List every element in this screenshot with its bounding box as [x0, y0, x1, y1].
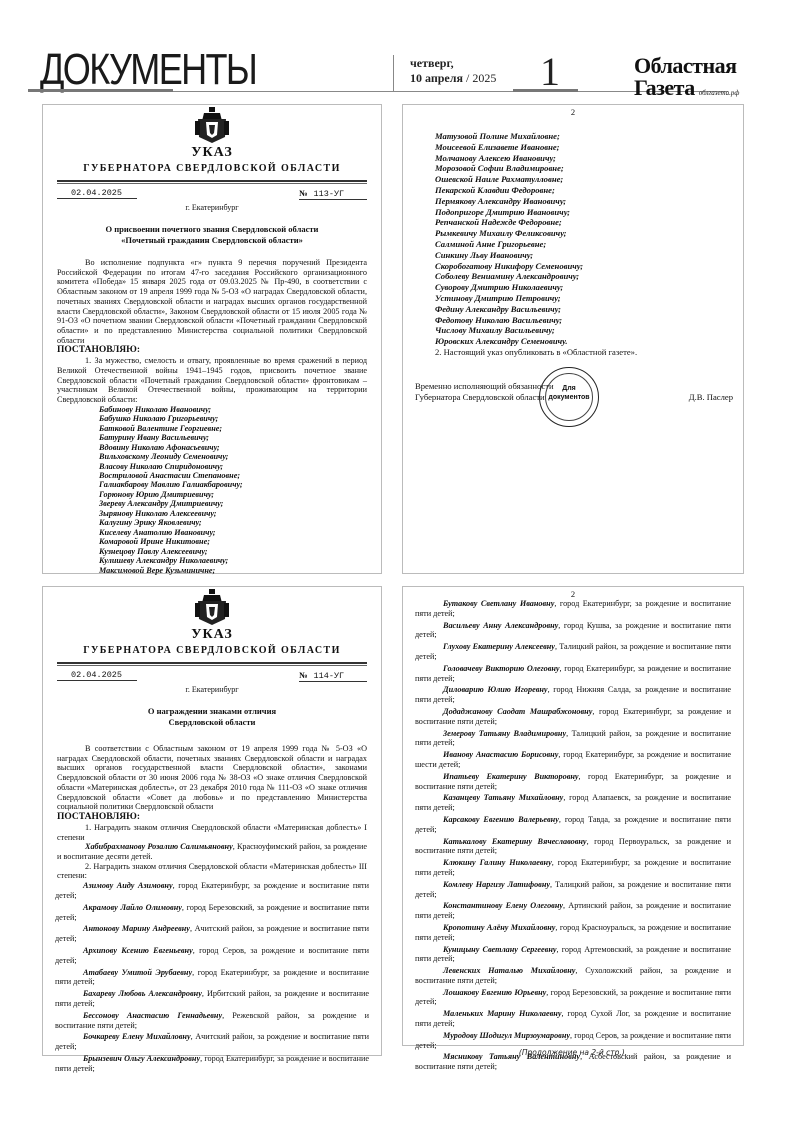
- decree-number: №114-УГ: [299, 670, 367, 682]
- list-item: Земерову Татьяну Владимировну, Талицкий …: [415, 729, 731, 749]
- list-item: Вильховскому Леониду Семеновичу;: [99, 452, 367, 461]
- page-indicator: 2: [403, 589, 743, 599]
- awardee-name: Атабаеву Умитой Эрубаевну: [83, 968, 192, 977]
- section-title: ДОКУМЕНТЫ: [40, 48, 256, 92]
- decree-date: 02.04.2025: [57, 188, 137, 199]
- coat-of-arms-icon: [195, 589, 229, 625]
- preamble: Во исполнение подпункта «г» пункта 9 пер…: [57, 258, 367, 345]
- list-item: Левенских Наталью Михайловну, Сухоложски…: [415, 966, 731, 986]
- signer-name: Д.В. Паслер: [689, 392, 733, 403]
- page-number-underline: [513, 89, 578, 92]
- item-1: 1. Наградить знаком отличия Свердловской…: [57, 823, 367, 842]
- title-underline: [28, 89, 173, 92]
- list-item: Числову Михаилу Васильевичу;: [435, 325, 743, 336]
- list-item: Комаровой Ирине Никитовне;: [99, 537, 367, 546]
- decree-city: г. Екатеринбург: [43, 685, 381, 694]
- awardee-name: Антонову Марину Андреевну: [83, 924, 190, 933]
- list-item: Кузнецову Павлу Алексеевичу;: [99, 547, 367, 556]
- awardee-name: Муродову Шодигул Мирзоумаровну: [443, 1031, 570, 1040]
- list-item: Скоробогатову Никифору Семеновичу;: [435, 261, 743, 272]
- awardee-name: Додаджанову Саодат Машрабжоновну: [443, 707, 592, 716]
- list-item: Устинову Дмитрию Петровичу;: [435, 293, 743, 304]
- list-item: Калугину Эрику Яковлевичу;: [99, 518, 367, 527]
- decree-date: 02.04.2025: [57, 670, 137, 681]
- list-item: Молчанову Алексею Ивановичу;: [435, 153, 743, 164]
- item-2: 2. Настоящий указ опубликовать в «Област…: [435, 347, 743, 357]
- list-item: Архипову Ксению Евгеньевну, город Серов,…: [55, 946, 369, 966]
- masthead-divider: [393, 55, 394, 92]
- list-item: Вдовину Николаю Афонасьевичу;: [99, 443, 367, 452]
- list-item: Моисеевой Елизавете Ивановне;: [435, 142, 743, 153]
- item-2: 2. Наградить знаком отличия Свердловской…: [57, 862, 367, 881]
- awardee-name: Глухову Екатерину Алексеевну: [443, 642, 555, 651]
- coat-of-arms-icon: [195, 107, 229, 143]
- brand-site: облгазета.рф: [699, 89, 740, 97]
- awardee-name: Кропотину Алёну Михайловну: [443, 923, 555, 932]
- list-item: Акрамову Лайло Олимовну, город Березовск…: [55, 903, 369, 923]
- decree-114-page-2: 2 Бутакову Светлану Ивановну, город Екат…: [402, 586, 744, 1046]
- list-item: Глухову Екатерину Алексеевну, Талицкий р…: [415, 642, 731, 662]
- awardee-name: Бочкареву Елену Михайловну: [83, 1032, 191, 1041]
- awardee-name: Бессонову Анастасию Геннадьевну: [83, 1011, 222, 1020]
- awardee-name: Маленьких Марину Николаевну: [443, 1009, 561, 1018]
- decree-body: В соответствии с Областным законом от 19…: [57, 744, 367, 881]
- awardee-name: Казанцеву Татьяну Михайловну: [443, 793, 563, 802]
- list-item: Морозовой Софии Владимировне;: [435, 163, 743, 174]
- awardee-name: Ипатьеву Екатерину Викторовну: [443, 772, 579, 781]
- awardee-name: Головачеву Викторию Олеговну: [443, 664, 560, 673]
- list-item: Ошевской Наиле Рахматулловне;: [435, 174, 743, 185]
- preamble: В соответствии с Областным законом от 19…: [57, 744, 367, 812]
- continued-note: (Продолжение на 2-й стр.).: [402, 1048, 744, 1057]
- honoree-list: Бабинову Николаю Ивановичу;Бабушко Никол…: [99, 405, 367, 575]
- list-item: Репчанской Надежде Федоровне;: [435, 217, 743, 228]
- decree-subject: О присвоении почетного звания Свердловск…: [43, 224, 381, 246]
- honoree-list-continued: Матузовой Полине Михайловне;Моисеевой Ел…: [435, 131, 743, 347]
- list-item: Федотову Николаю Васильевичу;: [435, 315, 743, 326]
- list-item: Звереву Александру Дмитриевичу;: [99, 499, 367, 508]
- list-item: Атабаеву Умитой Эрубаевну, город Екатери…: [55, 968, 369, 988]
- list-item: Бабушко Николаю Григорьевичу;: [99, 414, 367, 423]
- list-item: Куницыну Светлану Сергеевну, город Артем…: [415, 945, 731, 965]
- header-rule: [57, 662, 367, 666]
- decree-subject: О награждении знаками отличия Свердловск…: [43, 706, 381, 728]
- list-item: Пекарской Клавдии Федоровне;: [435, 185, 743, 196]
- list-item: Маленьких Марину Николаевну, город Сухой…: [415, 1009, 731, 1029]
- list-item: Киселеву Анатолию Ивановичу;: [99, 528, 367, 537]
- decree-body: Во исполнение подпункта «г» пункта 9 пер…: [57, 258, 367, 575]
- decree-114-page-1: УКАЗ ГУБЕРНАТОРА СВЕРДЛОВСКОЙ ОБЛАСТИ 02…: [42, 586, 382, 1056]
- list-item: Катькалову Екатерину Вячеславовну, город…: [415, 837, 731, 857]
- list-item: Карсакову Евгению Валерьевну, город Тавд…: [415, 815, 731, 835]
- list-item: Константинову Елену Олеговну, Артинский …: [415, 901, 731, 921]
- newspaper-logo: Областная Газетаоблгазета.рф: [634, 55, 739, 104]
- item-1: 1. За мужество, смелость и отвагу, прояв…: [57, 356, 367, 405]
- list-item: Подопригоре Дмитрию Ивановичу;: [435, 207, 743, 218]
- brand-line2: Газета: [634, 75, 695, 100]
- list-item: Юровских Александру Семеновичу.: [435, 336, 743, 347]
- masthead: ДОКУМЕНТЫ четверг, 10 апреля / 2025 1 Об…: [0, 0, 800, 100]
- resolve-heading: ПОСТАНОВЛЯЮ:: [57, 345, 367, 356]
- awardee-name: Азимову Аиду Азимовну: [83, 881, 173, 890]
- awardee-name: Васильеву Анну Александровну: [443, 621, 558, 630]
- list-item: Горюнову Юрию Дмитриевичу;: [99, 490, 367, 499]
- decree-number: №113-УГ: [299, 188, 367, 200]
- award-list: Азимову Аиду Азимовну, город Екатеринбур…: [55, 881, 369, 1073]
- decree-issuer: ГУБЕРНАТОРА СВЕРДЛОВСКОЙ ОБЛАСТИ: [43, 645, 381, 657]
- list-item: Бахареву Любовь Александровну, Ирбитский…: [55, 989, 369, 1009]
- list-item: Батурину Ивану Васильевичу;: [99, 433, 367, 442]
- awardee-name: Лошакову Евгению Юрьевну: [443, 988, 546, 997]
- list-item: Максимовой Вере Кузьминичне;: [99, 566, 367, 575]
- list-item: Васильеву Анну Александровну, город Кушв…: [415, 621, 731, 641]
- page-indicator: 2: [403, 107, 743, 117]
- resolve-heading: ПОСТАНОВЛЯЮ:: [57, 812, 367, 823]
- awardee-name: Земерову Татьяну Владимировну: [443, 729, 566, 738]
- page-number: 1: [540, 52, 560, 92]
- signature-block: Временно исполняющий обязанности Губерна…: [415, 381, 733, 441]
- header-rule: [57, 180, 367, 184]
- item-1-award: Хабибрахманову Розалию Салимьяновну, Кра…: [57, 842, 367, 861]
- awardee-name: Брынзевич Ольгу Александровну: [83, 1054, 200, 1063]
- awardee-name: Левенских Наталью Михайловну: [443, 966, 575, 975]
- list-item: Иванову Анастасию Борисовну, город Екате…: [415, 750, 731, 770]
- list-item: Брынзевич Ольгу Александровну, город Ека…: [55, 1054, 369, 1074]
- list-item: Головачеву Викторию Олеговну, город Екат…: [415, 664, 731, 684]
- list-item: Казанцеву Татьяну Михайловну, город Алап…: [415, 793, 731, 813]
- list-item: Галиакбарову Мавлию Галиакбаровичу;: [99, 480, 367, 489]
- list-item: Кропотину Алёну Михайловну, город Красно…: [415, 923, 731, 943]
- awardee-name: Клюкину Галину Николаевну: [443, 858, 552, 867]
- awardee-name: Диловарию Юлию Игоревну: [443, 685, 548, 694]
- issue-date: четверг, 10 апреля / 2025: [410, 56, 496, 86]
- decree-title: УКАЗ: [43, 627, 381, 642]
- awardee-name: Комлеву Наргизу Латифовну: [443, 880, 550, 889]
- awardee-name: Катькалову Екатерину Вячеславовну: [443, 837, 587, 846]
- list-item: Бессонову Анастасию Геннадьевну, Режевск…: [55, 1011, 369, 1031]
- awardee-name: Акрамову Лайло Олимовну: [83, 903, 182, 912]
- list-item: Федину Александру Васильевичу;: [435, 304, 743, 315]
- list-item: Лошакову Евгению Юрьевну, город Березовс…: [415, 988, 731, 1008]
- list-item: Клюкину Галину Николаевну, город Екатери…: [415, 858, 731, 878]
- issue-day-month: 10 апреля: [410, 71, 463, 85]
- list-item: Суворову Дмитрию Николаевичу;: [435, 282, 743, 293]
- issue-year: / 2025: [466, 71, 496, 85]
- awardee-name: Константинову Елену Олеговну: [443, 901, 563, 910]
- awardee-name: Бахареву Любовь Александровну: [83, 989, 202, 998]
- list-item: Матузовой Полине Михайловне;: [435, 131, 743, 142]
- list-item: Додаджанову Саодат Машрабжоновну, город …: [415, 707, 731, 727]
- list-item: Власову Николаю Спиридоновичу;: [99, 462, 367, 471]
- awardee-name: Бутакову Светлану Ивановну: [443, 599, 554, 608]
- list-item: Бутакову Светлану Ивановну, город Екатер…: [415, 599, 731, 619]
- list-item: Востриловой Анастасии Степановне;: [99, 471, 367, 480]
- list-item: Соболеву Вениамину Александровичу;: [435, 271, 743, 282]
- list-item: Ипатьеву Екатерину Викторовну, город Ека…: [415, 772, 731, 792]
- decree-number-row: 02.04.2025 №113-УГ: [57, 188, 367, 202]
- list-item: Кулишеву Александру Николаевичу;: [99, 556, 367, 565]
- awardee-name: Куницыну Светлану Сергеевну: [443, 945, 557, 954]
- issue-weekday: четверг,: [410, 56, 496, 71]
- list-item: Бабинову Николаю Ивановичу;: [99, 405, 367, 414]
- list-item: Диловарию Юлию Игоревну, город Нижняя Са…: [415, 685, 731, 705]
- decree-113-page-1: УКАЗ ГУБЕРНАТОРА СВЕРДЛОВСКОЙ ОБЛАСТИ 02…: [42, 104, 382, 574]
- awardee-name: Карсакову Евгению Валерьевну: [443, 815, 559, 824]
- list-item: Пермякову Александру Ивановичу;: [435, 196, 743, 207]
- decree-issuer: ГУБЕРНАТОРА СВЕРДЛОВСКОЙ ОБЛАСТИ: [43, 163, 381, 175]
- brand-line1: Областная: [634, 55, 739, 77]
- list-item: Рымкевичу Михаилу Феликсовичу;: [435, 228, 743, 239]
- list-item: Бочкареву Елену Михайловну, Ачитский рай…: [55, 1032, 369, 1052]
- decree-title: УКАЗ: [43, 145, 381, 160]
- list-item: Синкину Льву Ивановичу;: [435, 250, 743, 261]
- decree-number-row: 02.04.2025 №114-УГ: [57, 670, 367, 684]
- awardee-name: Иванову Анастасию Борисовну: [443, 750, 558, 759]
- list-item: Зырянову Николаю Алексеевичу;: [99, 509, 367, 518]
- official-seal-icon: Для документов: [539, 367, 599, 427]
- awardee-name: Архипову Ксению Евгеньевну: [83, 946, 193, 955]
- list-item: Батковой Валентине Георгиевне;: [99, 424, 367, 433]
- list-item: Азимову Аиду Азимовну, город Екатеринбур…: [55, 881, 369, 901]
- decree-city: г. Екатеринбург: [43, 203, 381, 212]
- decree-113-page-2: 2 Матузовой Полине Михайловне;Моисеевой …: [402, 104, 744, 574]
- list-item: Антонову Марину Андреевну, Ачитский райо…: [55, 924, 369, 944]
- award-list-continued: Бутакову Светлану Ивановну, город Екатер…: [415, 599, 731, 1072]
- list-item: Салминой Анне Григорьевне;: [435, 239, 743, 250]
- list-item: Комлеву Наргизу Латифовну, Талицкий райо…: [415, 880, 731, 900]
